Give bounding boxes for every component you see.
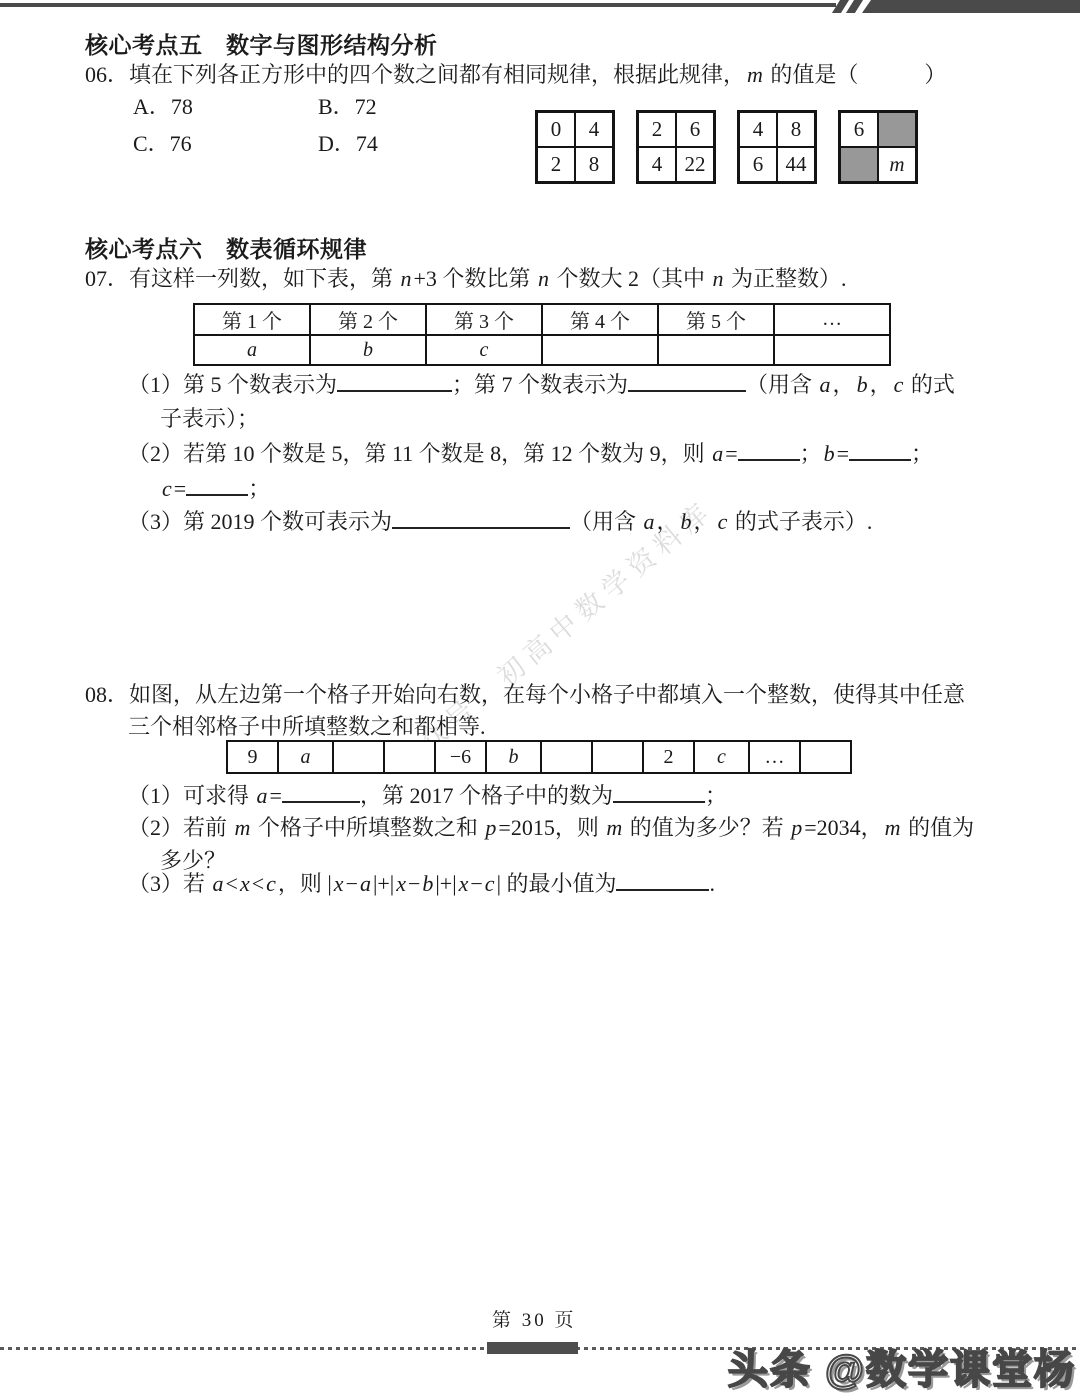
table-header-cell: 第 2 个	[310, 304, 426, 335]
square-cell: 8	[575, 147, 613, 182]
table-data-row: a b c	[194, 335, 890, 365]
square-cell: 4	[739, 112, 777, 147]
square-cell: 8	[777, 112, 815, 147]
q08-sub1: （1）可求得 a=，第 2017 个格子中的数为；	[128, 779, 727, 810]
q07-sub1-line2: 子表示）；	[160, 402, 259, 433]
square-cell: 6	[840, 112, 878, 147]
strip-cell: b	[487, 742, 542, 772]
strip-cell	[801, 742, 850, 772]
q07-sub3: （3）第 2019 个数可表示为（用含 a，b，c 的式子表示）.	[128, 505, 872, 536]
number-square: 26422	[636, 110, 716, 184]
q06-option-d: D．74	[318, 127, 378, 158]
strip-cell	[593, 742, 644, 772]
square-cell: 22	[676, 147, 714, 182]
table-data-cell: a	[194, 335, 310, 365]
number-square: 48644	[737, 110, 817, 184]
q06-option-c: C．76	[133, 127, 192, 158]
q08-sub2-line1: （2）若前 m 个格子中所填整数之和 p=2015，则 m 的值为多少？若 p=…	[128, 811, 974, 842]
square-cell: 44	[777, 147, 815, 182]
q07-sub2-line2: c=；	[160, 472, 270, 503]
square-cell: 2	[537, 147, 575, 182]
table-header-cell: 第 4 个	[542, 304, 658, 335]
strip-cell: c	[695, 742, 750, 772]
table-data-cell: c	[426, 335, 542, 365]
strip-cell: 2	[644, 742, 695, 772]
square-cell: 6	[676, 112, 714, 147]
q06-question-text: 06．填在下列各正方形中的四个数之间都有相同规律，根据此规律，m 的值是（ ）	[85, 58, 946, 89]
q08-question-line2: 三个相邻格子中所填整数之和都相等.	[128, 710, 486, 741]
strip-cell: −6	[436, 742, 487, 772]
number-square: 0428	[535, 110, 615, 184]
strip-cell: …	[750, 742, 801, 772]
square-cell: 0	[537, 112, 575, 147]
square-cell: 4	[575, 112, 613, 147]
table-header-cell: 第 1 个	[194, 304, 310, 335]
q06-number-squares: 042826422486446m	[535, 110, 918, 184]
table-header-cell: …	[774, 304, 890, 335]
section6-heading: 核心考点六 数表循环规律	[85, 231, 367, 264]
top-border-line	[0, 3, 836, 7]
table-header-cell: 第 3 个	[426, 304, 542, 335]
banner-bar	[862, 0, 1080, 13]
table-data-cell: b	[310, 335, 426, 365]
shaded-cell	[840, 147, 878, 182]
strip-cell	[385, 742, 436, 772]
q07-sub2-line1: （2）若第 10 个数是 5，第 11 个数是 8，第 12 个数为 9，则 a…	[128, 437, 933, 468]
strip-cell: a	[279, 742, 334, 772]
strip-cell	[542, 742, 593, 772]
worksheet-page: 公众号：初高中数学资料库 核心考点五 数字与图形结构分析 06．填在下列各正方形…	[0, 0, 1080, 1400]
table-header-cell: 第 5 个	[658, 304, 774, 335]
strip-cell	[334, 742, 385, 772]
page-number: 第 30 页	[492, 1305, 577, 1332]
brand-watermark: 头条 @数学课堂杨	[728, 1338, 1076, 1395]
table-header-row: 第 1 个 第 2 个 第 3 个 第 4 个 第 5 个 …	[194, 304, 890, 335]
square-cell: 2	[638, 112, 676, 147]
number-square: 6m	[838, 110, 918, 184]
q06-option-a: A．78	[133, 90, 193, 121]
banner-slash-icon	[846, 0, 863, 13]
shaded-cell	[878, 112, 916, 147]
q06-option-b: B．72	[318, 90, 377, 121]
q08-sub3: （3）若 a<x<c，则 |x−a|+|x−b|+|x−c| 的最小值为.	[128, 867, 715, 898]
footer-solid-bar	[487, 1342, 578, 1354]
q07-question-text: 07．有这样一列数，如下表，第 n+3 个数比第 n 个数大 2（其中 n 为正…	[85, 262, 846, 293]
q07-sequence-table: 第 1 个 第 2 个 第 3 个 第 4 个 第 5 个 … a b c	[193, 303, 891, 366]
section5-heading: 核心考点五 数字与图形结构分析	[85, 27, 438, 60]
square-cell: m	[878, 147, 916, 182]
q08-cell-strip: 9a−6b2c…	[226, 740, 852, 774]
table-data-cell	[542, 335, 658, 365]
square-cell: 4	[638, 147, 676, 182]
strip-cell: 9	[228, 742, 279, 772]
table-data-cell	[658, 335, 774, 365]
q08-question-line1: 08．如图，从左边第一个格子开始向右数，在每个小格子中都填入一个整数，使得其中任…	[85, 678, 965, 709]
top-right-banner	[828, 0, 1080, 13]
q07-sub1-line1: （1）第 5 个数表示为；第 7 个数表示为（用含 a，b，c 的式	[128, 368, 955, 399]
square-cell: 6	[739, 147, 777, 182]
table-data-cell	[774, 335, 890, 365]
